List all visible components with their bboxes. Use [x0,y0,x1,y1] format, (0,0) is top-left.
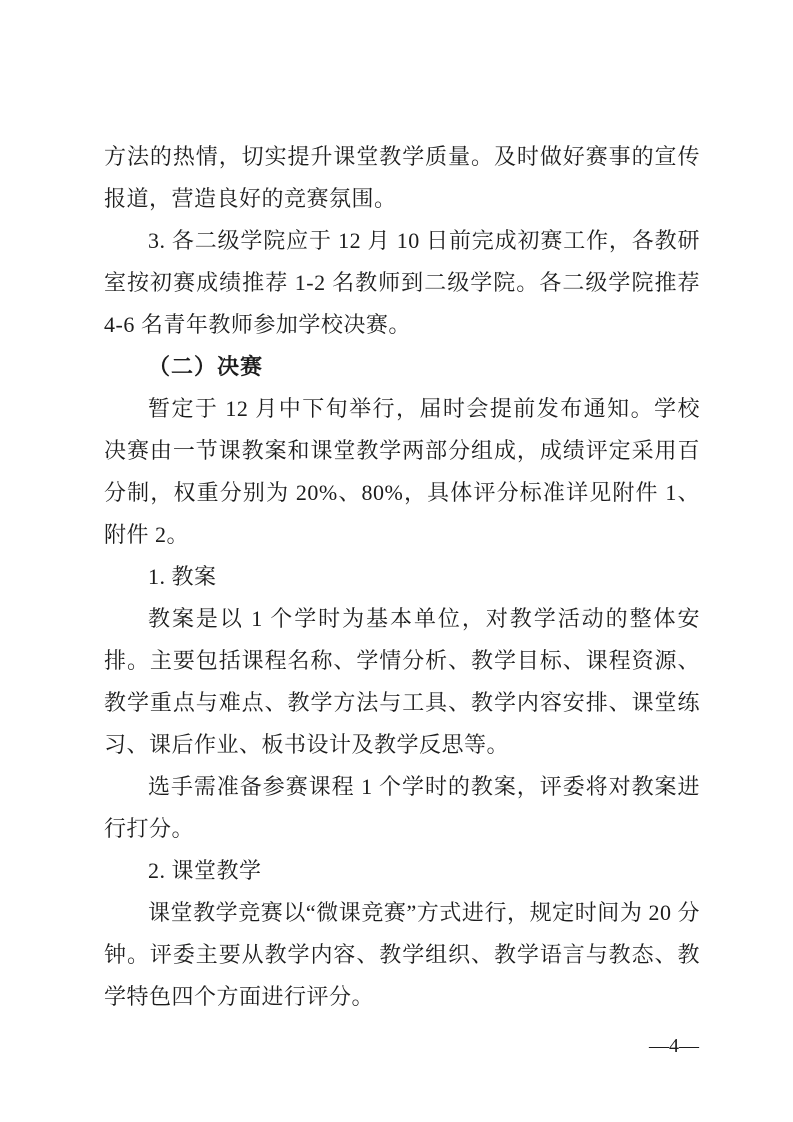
paragraph-continuation: 方法的热情，切实提升课堂教学质量。及时做好赛事的宣传报道，营造良好的竞赛氛围。 [104,136,700,220]
page-number: —4— [649,1034,699,1058]
paragraph-item-3: 3. 各二级学院应于 12 月 10 日前完成初赛工作，各教研室按初赛成绩推荐 … [104,220,700,346]
document-body: 方法的热情，切实提升课堂教学质量。及时做好赛事的宣传报道，营造良好的竞赛氛围。 … [104,136,700,1018]
document-page: 方法的热情，切实提升课堂教学质量。及时做好赛事的宣传报道，营造良好的竞赛氛围。 … [0,0,793,1122]
paragraph-lesson-plan-requirement: 选手需准备参赛课程 1 个学时的教案，评委将对教案进行打分。 [104,766,700,850]
paragraph-classroom-teaching-description: 课堂教学竞赛以“微课竞赛”方式进行，规定时间为 20 分钟。评委主要从教学内容、… [104,892,700,1018]
paragraph-lesson-plan-description: 教案是以 1 个学时为基本单位，对教学活动的整体安排。主要包括课程名称、学情分析… [104,598,700,766]
subheading-lesson-plan: 1. 教案 [104,556,700,598]
paragraph-finals-overview: 暂定于 12 月中下旬举行，届时会提前发布通知。学校决赛由一节课教案和课堂教学两… [104,388,700,556]
subheading-classroom-teaching: 2. 课堂教学 [104,850,700,892]
section-heading-finals: （二）决赛 [104,346,700,388]
